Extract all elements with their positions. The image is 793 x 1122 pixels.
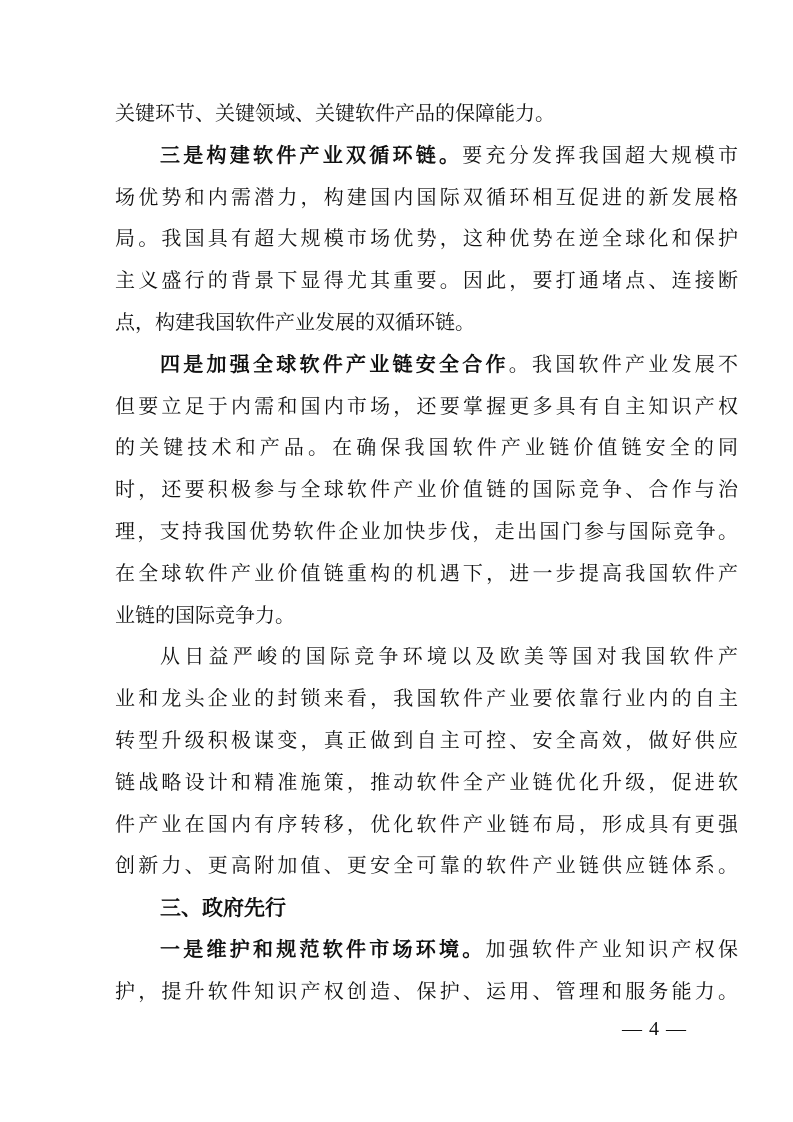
paragraph-lead-line: 四是加强全球软件产业链安全合作。我国软件产业发展不 (115, 345, 738, 387)
document-page: 关键环节、关键领域、关键软件产品的保障能力。 三是构建软件产业双循环链。要充分发… (0, 0, 793, 1122)
text-line: 在全球软件产业价值链重构的机遇下，进一步提高我国软件产 (115, 554, 738, 596)
text-line: 件产业在国内有序转移，优化软件产业链布局，形成具有更强 (115, 805, 738, 847)
text-line: 转型升级积极谋变，真正做到自主可控、安全高效，做好供应 (115, 721, 738, 763)
page-number: — 4 — (622, 1018, 702, 1041)
text-line: 时，还要积极参与全球软件产业价值链的国际竞争、合作与治 (115, 470, 738, 512)
bold-lead: 四是加强全球软件产业链安全合作 (160, 354, 509, 376)
paragraph-lead-line: 从日益严峻的国际竞争环境以及欧美等国对我国软件产 (115, 637, 738, 679)
text-line: 业链的国际竞争力。 (115, 596, 738, 638)
text-line: 场优势和内需潜力，构建国内国际双循环相互促进的新发展格 (115, 178, 738, 220)
document-text: 关键环节、关键领域、关键软件产品的保障能力。 三是构建软件产业双循环链。要充分发… (115, 94, 738, 1014)
text-line: 点，构建我国软件产业发展的双循环链。 (115, 303, 738, 345)
text-line: 局。我国具有超大规模市场优势，这种优势在逆全球化和保护 (115, 219, 738, 261)
text-line: 创新力、更高附加值、更安全可靠的软件产业链供应链体系。 (115, 846, 738, 888)
text-line: 链战略设计和精准施策，推动软件全产业链优化升级，促进软 (115, 763, 738, 805)
text-line: 但要立足于内需和国内市场，还要掌握更多具有自主知识产权 (115, 387, 738, 429)
bold-lead: 一是维护和规范软件市场环境。 (160, 939, 486, 961)
text-line: 关键环节、关键领域、关键软件产品的保障能力。 (115, 94, 738, 136)
paragraph-lead-line: 三是构建软件产业双循环链。要充分发挥我国超大规模市 (115, 136, 738, 178)
text-line: 的关键技术和产品。在确保我国软件产业链价值链安全的同 (115, 428, 738, 470)
bold-lead: 三是构建软件产业双循环链。 (160, 145, 462, 167)
text-line: 理，支持我国优势软件企业加快步伐，走出国门参与国际竞争。 (115, 512, 738, 554)
text-line: 主义盛行的背景下显得尤其重要。因此，要打通堵点、连接断 (115, 261, 738, 303)
section-heading: 三、政府先行 (115, 888, 738, 930)
text-line: 护，提升软件知识产权创造、保护、运用、管理和服务能力。 (115, 972, 738, 1014)
text-line: 业和龙头企业的封锁来看，我国软件产业要依靠行业内的自主 (115, 679, 738, 721)
paragraph-lead-line: 一是维护和规范软件市场环境。加强软件产业知识产权保 (115, 930, 738, 972)
